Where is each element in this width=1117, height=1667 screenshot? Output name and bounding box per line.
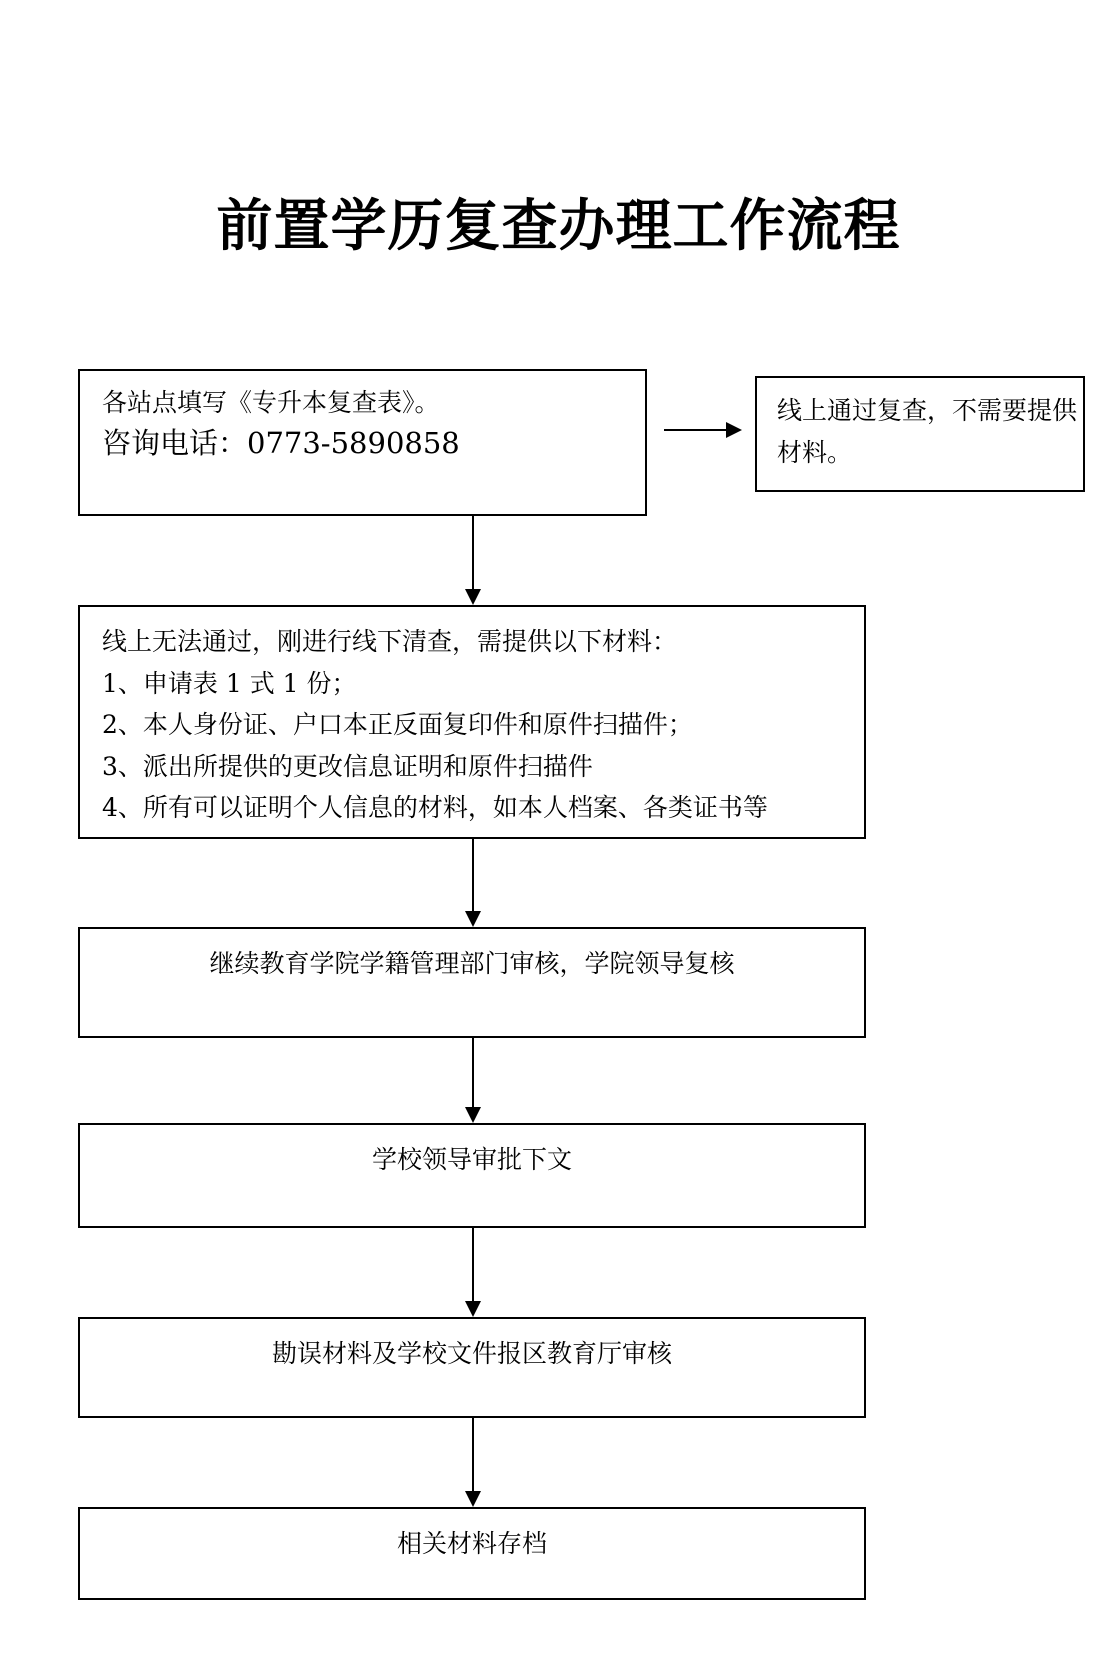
step-start-box: 各站点填写《专升本复查表》。 咨询电话：0773-5890858 [78,369,647,516]
step-offline-check-box: 线上无法通过，刚进行线下清查，需提供以下材料： 1、申请表 1 式 1 份； 2… [78,605,866,839]
arrow-down-icon [465,839,481,927]
required-material-item: 4、所有可以证明个人信息的材料，如本人档案、各类证书等 [102,787,864,829]
required-material-item: 1、申请表 1 式 1 份； [102,663,864,705]
step-school-approval-text: 学校领导审批下文 [80,1139,864,1180]
arrow-down-icon [465,1418,481,1507]
step-school-approval-box: 学校领导审批下文 [78,1123,866,1228]
step-start-instruction: 各站点填写《专升本复查表》。 [102,383,645,423]
step-online-pass-box: 线上通过复查，不需要提供材料。 [755,376,1085,492]
step-college-review-text: 继续教育学院学籍管理部门审核，学院领导复核 [80,943,864,984]
step-report-department-box: 勘误材料及学校文件报区教育厅审核 [78,1317,866,1418]
step-college-review-box: 继续教育学院学籍管理部门审核，学院领导复核 [78,927,866,1038]
step-archive-text: 相关材料存档 [80,1523,864,1564]
arrow-down-icon [465,1228,481,1317]
arrow-right-icon [664,422,742,438]
step-report-department-text: 勘误材料及学校文件报区教育厅审核 [80,1333,864,1374]
required-material-item: 3、派出所提供的更改信息证明和原件扫描件 [102,746,864,788]
step-archive-box: 相关材料存档 [78,1507,866,1600]
page-title: 前置学历复查办理工作流程 [0,192,1117,262]
offline-check-heading: 线上无法通过，刚进行线下清查，需提供以下材料： [102,621,864,663]
required-material-item: 2、本人身份证、户口本正反面复印件和原件扫描件； [102,704,864,746]
step-online-pass-text: 线上通过复查，不需要提供材料。 [777,390,1083,474]
arrow-down-icon [465,1034,481,1123]
arrow-down-icon [465,516,481,605]
consult-phone: 咨询电话：0773-5890858 [102,423,645,463]
